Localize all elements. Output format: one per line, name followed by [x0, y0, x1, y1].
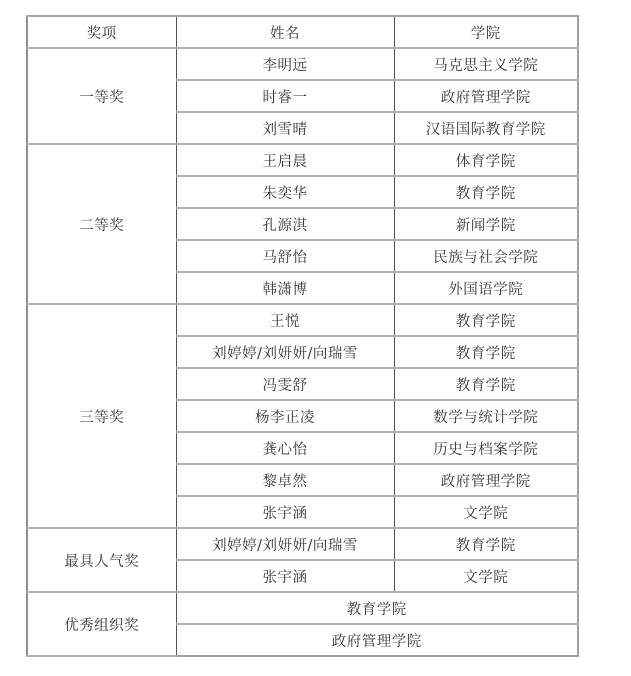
name-cell: 孔源淇: [176, 208, 394, 240]
name-cell: 王启晨: [176, 144, 394, 176]
name-cell: 刘雪晴: [176, 112, 394, 144]
table-row: 最具人气奖 刘婷婷/刘妍妍/向瑞雪 教育学院: [27, 528, 578, 560]
college-cell: 马克思主义学院: [394, 48, 578, 80]
award-second-prize: 二等奖: [27, 144, 176, 304]
college-cell: 教育学院: [394, 176, 578, 208]
award-third-prize: 三等奖: [27, 304, 176, 528]
name-cell: 龚心怡: [176, 432, 394, 464]
name-cell: 张宇涵: [176, 496, 394, 528]
college-cell: 民族与社会学院: [394, 240, 578, 272]
header-name: 姓名: [176, 16, 394, 48]
name-cell: 刘婷婷/刘妍妍/向瑞雪: [176, 336, 394, 368]
header-award: 奖项: [27, 16, 176, 48]
name-cell: 时睿一: [176, 80, 394, 112]
name-cell: 刘婷婷/刘妍妍/向瑞雪: [176, 528, 394, 560]
college-cell: 汉语国际教育学院: [394, 112, 578, 144]
college-cell: 历史与档案学院: [394, 432, 578, 464]
header-row: 奖项 姓名 学院: [27, 16, 578, 48]
college-cell: 文学院: [394, 496, 578, 528]
college-cell: 体育学院: [394, 144, 578, 176]
award-first-prize: 一等奖: [27, 48, 176, 144]
college-cell: 教育学院: [394, 336, 578, 368]
college-cell: 教育学院: [394, 528, 578, 560]
college-cell: 政府管理学院: [176, 624, 578, 656]
name-cell: 韩潇博: [176, 272, 394, 304]
award-excellent-organization: 优秀组织奖: [27, 592, 176, 656]
awards-table: 奖项 姓名 学院 一等奖 李明远 马克思主义学院 时睿一 政府管理学院 刘雪晴 …: [26, 15, 579, 657]
name-cell: 李明远: [176, 48, 394, 80]
college-cell: 教育学院: [394, 304, 578, 336]
name-cell: 冯雯舒: [176, 368, 394, 400]
table-row: 优秀组织奖 教育学院: [27, 592, 578, 624]
header-college: 学院: [394, 16, 578, 48]
college-cell: 数学与统计学院: [394, 400, 578, 432]
table-row: 一等奖 李明远 马克思主义学院: [27, 48, 578, 80]
college-cell: 教育学院: [394, 368, 578, 400]
college-cell: 政府管理学院: [394, 464, 578, 496]
name-cell: 黎卓然: [176, 464, 394, 496]
college-cell: 新闻学院: [394, 208, 578, 240]
college-cell: 文学院: [394, 560, 578, 592]
college-cell: 外国语学院: [394, 272, 578, 304]
name-cell: 杨李正凌: [176, 400, 394, 432]
college-cell: 教育学院: [176, 592, 578, 624]
college-cell: 政府管理学院: [394, 80, 578, 112]
award-most-popular: 最具人气奖: [27, 528, 176, 592]
name-cell: 张宇涵: [176, 560, 394, 592]
name-cell: 马舒怡: [176, 240, 394, 272]
table-row: 三等奖 王悦 教育学院: [27, 304, 578, 336]
name-cell: 王悦: [176, 304, 394, 336]
name-cell: 朱奕华: [176, 176, 394, 208]
table-row: 二等奖 王启晨 体育学院: [27, 144, 578, 176]
